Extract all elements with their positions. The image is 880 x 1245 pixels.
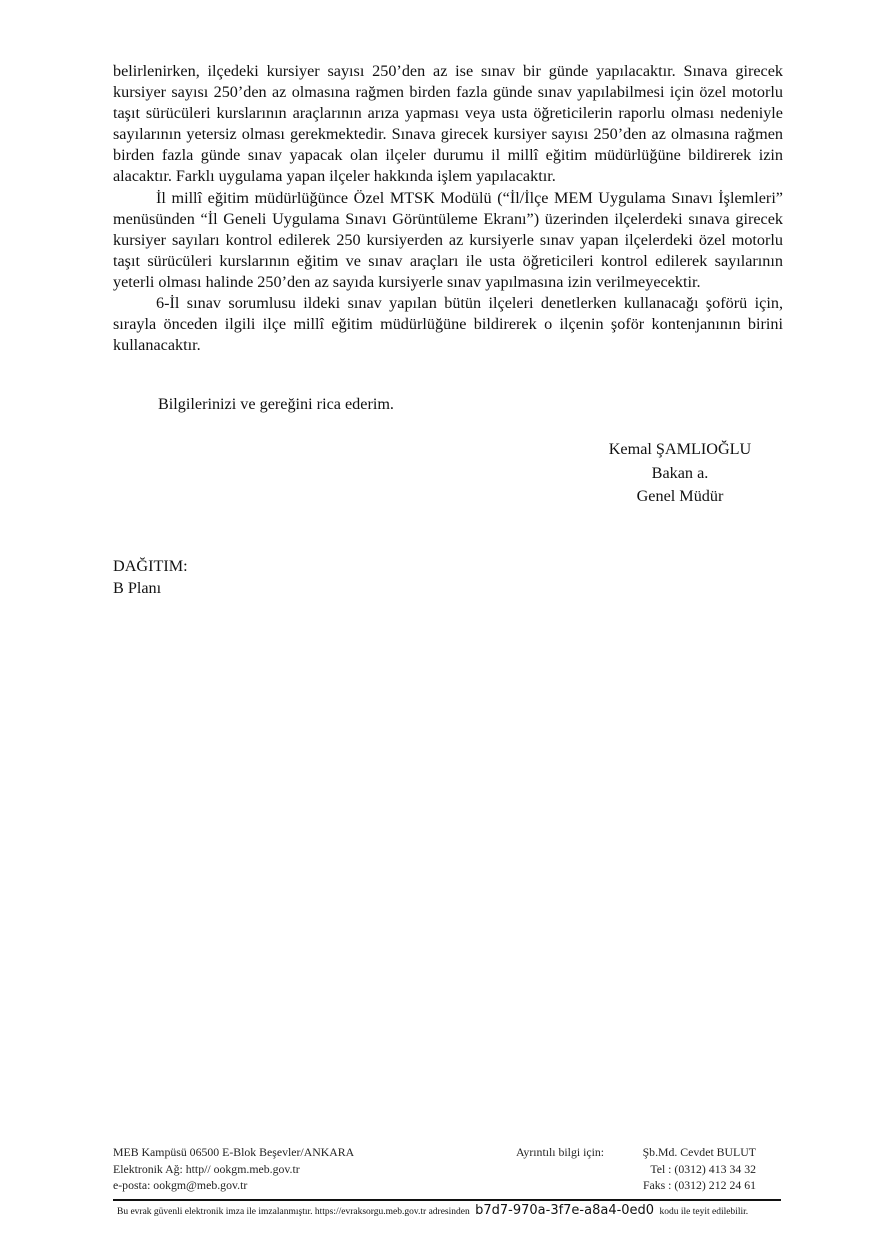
footer-divider	[113, 1199, 781, 1201]
footer-contact-person: Şb.Md. Cevdet BULUT	[643, 1144, 756, 1161]
signatory-name: Kemal ŞAMLIOĞLU	[580, 438, 780, 462]
signatory-on-behalf: Bakan a.	[580, 462, 780, 486]
closing-sentence: Bilgilerinizi ve gereğini rica ederim.	[158, 395, 394, 414]
distribution-value: B Planı	[113, 578, 188, 600]
paragraph-mtsk-module: İl millî eğitim müdürlüğünce Özel MTSK M…	[113, 188, 783, 293]
footer-email: e-posta: ookgm@meb.gov.tr	[113, 1177, 354, 1194]
verification-prefix: Bu evrak güvenli elektronik imza ile imz…	[117, 1207, 470, 1217]
paragraph-exam-days: belirlenirken, ilçedeki kursiyer sayısı …	[113, 61, 783, 188]
footer-address: MEB Kampüsü 06500 E-Blok Beşevler/ANKARA	[113, 1144, 354, 1161]
distribution-block: DAĞITIM: B Planı	[113, 556, 188, 599]
paragraph-driver: 6-İl sınav sorumlusu ildeki sınav yapıla…	[113, 293, 783, 356]
document-page: belirlenirken, ilçedeki kursiyer sayısı …	[0, 0, 880, 1245]
footer-info-label: Ayrıntılı bilgi için:	[516, 1144, 604, 1161]
verification-line: Bu evrak güvenli elektronik imza ile imz…	[117, 1203, 748, 1218]
footer-tel: Tel : (0312) 413 34 32	[650, 1161, 756, 1178]
verification-suffix: kodu ile teyit edilebilir.	[659, 1207, 748, 1217]
footer-fax: Faks : (0312) 212 24 61	[643, 1177, 756, 1194]
footer-contact-block: Ayrıntılı bilgi için: Şb.Md. Cevdet BULU…	[516, 1144, 756, 1194]
verification-code: b7d7-970a-3f7e-a8a4-0ed0	[475, 1203, 654, 1218]
footer-network: Elektronik Ağ: http// ookgm.meb.gov.tr	[113, 1161, 354, 1178]
distribution-label: DAĞITIM:	[113, 556, 188, 578]
signatory-title: Genel Müdür	[580, 485, 780, 509]
document-body: belirlenirken, ilçedeki kursiyer sayısı …	[113, 61, 783, 356]
footer-address-block: MEB Kampüsü 06500 E-Blok Beşevler/ANKARA…	[113, 1144, 354, 1194]
signature-block: Kemal ŞAMLIOĞLU Bakan a. Genel Müdür	[580, 438, 780, 509]
